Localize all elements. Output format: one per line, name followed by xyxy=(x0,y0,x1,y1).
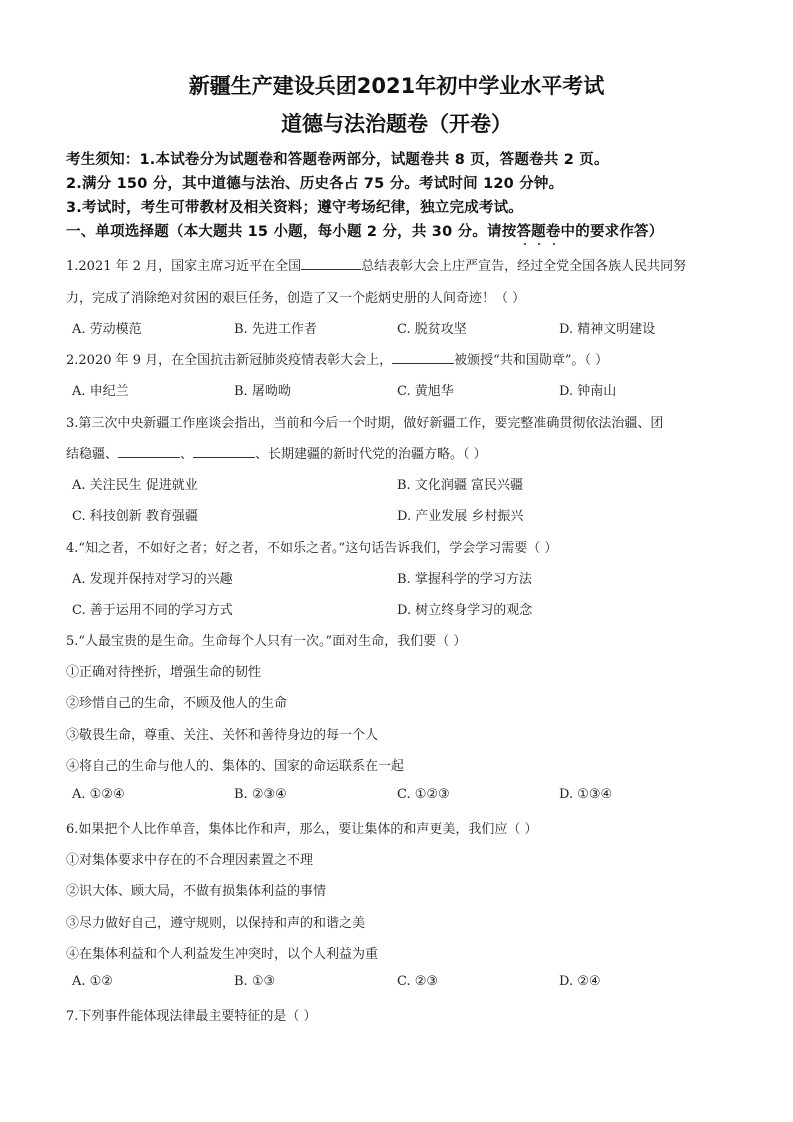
section-heading-post: 中的要求作答） xyxy=(561,224,664,240)
question-5-option-d[interactable]: D. ①③④ xyxy=(559,787,612,802)
fill-blank xyxy=(193,445,255,458)
question-3-stem: 3.第三次中央新疆工作座谈会指出，当前和今后一个时期，做好新疆工作，要完整准确贯… xyxy=(66,412,663,431)
question-5-item-3: ③敬畏生命，尊重、关注、关怀和善待身边的每一个人 xyxy=(66,724,378,743)
notice-line-2: 2.满分 150 分，其中道德与法治、历史各占 75 分。考试时间 120 分钟… xyxy=(66,172,563,193)
question-number: 6. xyxy=(66,822,78,837)
question-5-stem: 5.“人最宝贵的是生命。生命每个人只有一次。”面对生命，我们要（ ） xyxy=(66,630,466,649)
question-6-item-1: ①对集体要求中存在的不合理因素置之不理 xyxy=(66,849,313,868)
question-6-option-b[interactable]: B. ①③ xyxy=(234,974,275,989)
question-number: 2. xyxy=(66,353,78,368)
stem-text: 、长期建疆的新时代党的治疆方略。（ ） xyxy=(255,447,487,462)
stem-text: “知之者，不如好之者；好之者，不如乐之者。”这句话告诉我们，学会学习需要（ ） xyxy=(78,541,557,556)
question-6-item-2: ②识大体、顾大局，不做有损集体利益的事情 xyxy=(66,880,326,899)
question-1-option-d[interactable]: D. 精神文明建设 xyxy=(559,318,655,337)
notice-line-1: 考生须知：1.本试卷分为试题卷和答题卷两部分，试题卷共 8 页，答题卷共 2 页… xyxy=(66,148,609,169)
emphasis-char: 答 xyxy=(516,224,531,240)
question-6-option-c[interactable]: C. ②③ xyxy=(397,974,438,989)
exam-subtitle: 道德与法治题卷（开卷） xyxy=(0,108,793,138)
stem-text: 2020 年 9 月，在全国抗击新冠肺炎疫情表彰大会上， xyxy=(78,353,392,368)
stem-text: 下列事件能体现法律最主要特征的是（ ） xyxy=(78,1009,316,1024)
stem-text: 、 xyxy=(180,447,193,462)
question-3-option-a[interactable]: A. 关注民生 促进就业 xyxy=(72,474,198,493)
notice-line-3: 3.考试时，考生可带教材及相关资料；遵守考场纪律，独立完成考试。 xyxy=(66,196,523,217)
question-number: 3. xyxy=(66,416,78,431)
question-number: 1. xyxy=(66,259,78,274)
question-1-option-b[interactable]: B. 先进工作者 xyxy=(234,318,317,337)
fill-blank xyxy=(301,257,361,270)
question-6-option-a[interactable]: A. ①② xyxy=(72,974,113,989)
question-5-option-a[interactable]: A. ①②④ xyxy=(72,787,125,802)
question-6-item-3: ③尽力做好自己，遵守规则，以保持和声的和谐之美 xyxy=(66,912,365,931)
fill-blank xyxy=(118,445,180,458)
question-2-option-b[interactable]: B. 屠呦呦 xyxy=(234,380,291,399)
question-7-stem: 7.下列事件能体现法律最主要特征的是（ ） xyxy=(66,1005,317,1024)
question-2-option-c[interactable]: C. 黄旭华 xyxy=(397,380,454,399)
exam-page: 新疆生产建设兵团2021年初中学业水平考试 道德与法治题卷（开卷） 考生须知：1… xyxy=(0,0,793,1122)
stem-text: 被颁授“共和国勋章”。（ ） xyxy=(454,353,608,368)
question-number: 5. xyxy=(66,634,78,649)
question-4-option-b[interactable]: B. 掌握科学的学习方法 xyxy=(397,568,532,587)
question-4-stem: 4.“知之者，不如好之者；好之者，不如乐之者。”这句话告诉我们，学会学习需要（ … xyxy=(66,537,557,556)
question-1-stem: 1.2021 年 2 月，国家主席习近平在全国总结表彰大会上庄严宣告，经过全党全… xyxy=(66,255,686,274)
question-2-option-a[interactable]: A. 申纪兰 xyxy=(72,380,129,399)
question-3-option-d[interactable]: D. 产业发展 乡村振兴 xyxy=(397,505,523,524)
stem-text: 2021 年 2 月，国家主席习近平在全国 xyxy=(78,259,301,274)
question-2-stem: 2.2020 年 9 月，在全国抗击新冠肺炎疫情表彰大会上，被颁授“共和国勋章”… xyxy=(66,349,608,368)
question-1-option-c[interactable]: C. 脱贫攻坚 xyxy=(397,318,467,337)
section-heading-pre: 一、单项选择题（本大题共 15 小题，每小题 2 分，共 30 分。请按 xyxy=(66,224,516,240)
question-3-option-b[interactable]: B. 文化润疆 富民兴疆 xyxy=(397,474,523,493)
section-heading: 一、单项选择题（本大题共 15 小题，每小题 2 分，共 30 分。请按答题卷中… xyxy=(66,220,663,241)
question-1-stem-cont: 力，完成了消除绝对贫困的艰巨任务，创造了又一个彪炳史册的人间奇迹！（ ） xyxy=(66,287,525,306)
exam-title: 新疆生产建设兵团2021年初中学业水平考试 xyxy=(0,70,793,100)
question-3-stem-cont: 结稳疆、、、长期建疆的新时代党的治疆方略。（ ） xyxy=(66,443,487,462)
emphasis-char: 题 xyxy=(531,224,546,240)
question-4-option-c[interactable]: C. 善于运用不同的学习方式 xyxy=(72,599,233,618)
question-6-option-d[interactable]: D. ②④ xyxy=(559,974,601,989)
stem-text: 结稳疆、 xyxy=(66,447,118,462)
stem-text: 总结表彰大会上庄严宣告，经过全党全国各族人民共同努 xyxy=(361,259,686,274)
question-6-stem: 6.如果把个人比作单音，集体比作和声，那么，要让集体的和声更美，我们应（ ） xyxy=(66,818,538,837)
question-4-option-a[interactable]: A. 发现并保持对学习的兴趣 xyxy=(72,568,233,587)
question-number: 4. xyxy=(66,541,78,556)
question-5-item-4: ④将自己的生命与他人的、集体的、国家的命运联系在一起 xyxy=(66,755,404,774)
question-2-option-d[interactable]: D. 钟南山 xyxy=(559,380,616,399)
question-6-item-4: ④在集体利益和个人利益发生冲突时，以个人利益为重 xyxy=(66,943,378,962)
stem-text: 第三次中央新疆工作座谈会指出，当前和今后一个时期，做好新疆工作，要完整准确贯彻依… xyxy=(78,416,663,431)
emphasis-char: 卷 xyxy=(546,224,561,240)
question-5-item-1: ①正确对待挫折，增强生命的韧性 xyxy=(66,661,261,680)
stem-text: “人最宝贵的是生命。生命每个人只有一次。”面对生命，我们要（ ） xyxy=(78,634,466,649)
fill-blank xyxy=(392,351,454,364)
question-number: 7. xyxy=(66,1009,78,1024)
stem-text: 如果把个人比作单音，集体比作和声，那么，要让集体的和声更美，我们应（ ） xyxy=(78,822,537,837)
question-5-option-c[interactable]: C. ①②③ xyxy=(397,787,450,802)
question-3-option-c[interactable]: C. 科技创新 教育强疆 xyxy=(72,505,198,524)
question-5-option-b[interactable]: B. ②③④ xyxy=(234,787,287,802)
question-4-option-d[interactable]: D. 树立终身学习的观念 xyxy=(397,599,532,618)
question-5-item-2: ②珍惜自己的生命，不顾及他人的生命 xyxy=(66,692,287,711)
question-1-option-a[interactable]: A. 劳动模范 xyxy=(72,318,142,337)
